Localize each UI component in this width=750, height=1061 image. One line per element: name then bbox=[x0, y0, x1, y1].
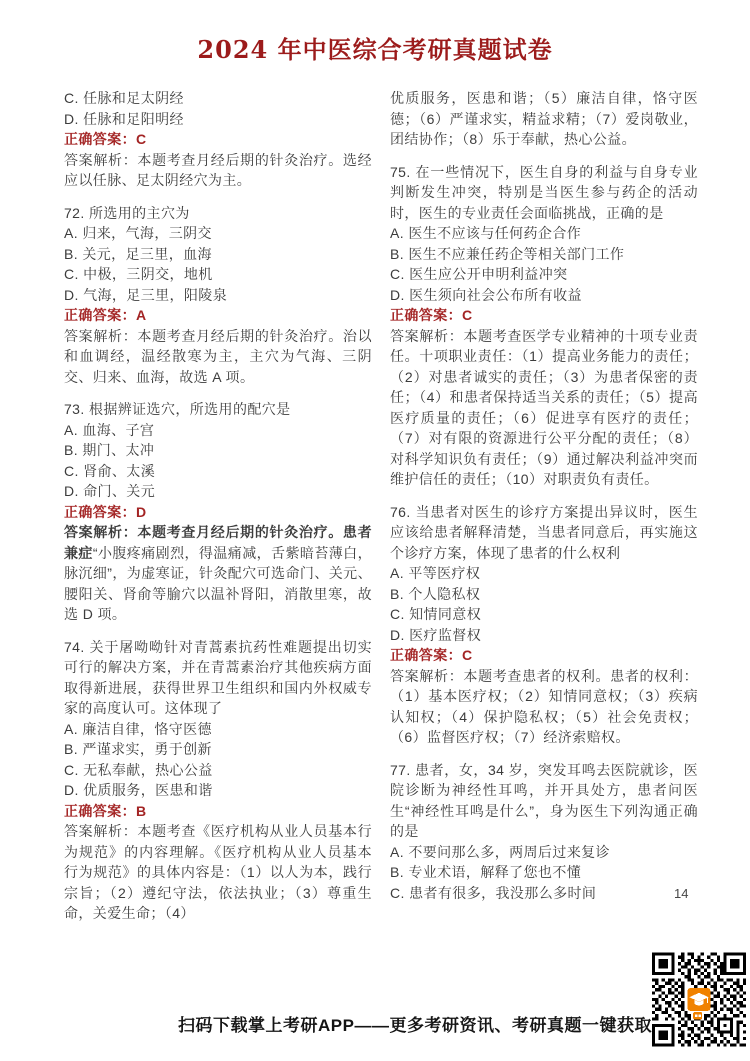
question-stem: 77. 患者，女，34 岁，突发耳鸣去医院就诊，医院诊断为神经性耳鸣，并开具处方… bbox=[390, 760, 698, 842]
question-stem: 72. 所选用的主穴为 bbox=[64, 203, 372, 224]
answer-analysis: 答案解析：本题考查患者的权利。患者的权利：（1）基本医疗权；（2）知情同意权；（… bbox=[390, 666, 698, 748]
option-line: A. 不要问那么多，两周后过来复诊 bbox=[390, 842, 698, 863]
option-line: A. 血海、子宫 bbox=[64, 420, 372, 441]
answer-analysis-continuation: 优质服务，医患和谐；（5）廉洁自律，恪守医德；（6）严谨求实，精益求精；（7）爱… bbox=[390, 88, 698, 150]
footer-slogan: 扫码下载掌上考研APP——更多考研资讯、考研真题一键获取 bbox=[178, 1011, 652, 1036]
option-line: C. 患者有很多，我没那么多时间 bbox=[390, 883, 698, 904]
question-73: 73. 根据辨证选穴，所选用的配穴是 A. 血海、子宫 B. 期门、太冲 C. … bbox=[64, 399, 372, 625]
question-72: 72. 所选用的主穴为 A. 归来，气海，三阴交 B. 关元，足三里，血海 C.… bbox=[64, 203, 372, 388]
correct-answer: 正确答案：C bbox=[64, 129, 372, 150]
option-line: A. 医生不应该与任何药企合作 bbox=[390, 223, 698, 244]
option-line: A. 平等医疗权 bbox=[390, 563, 698, 584]
option-line: B. 关元，足三里，血海 bbox=[64, 244, 372, 265]
option-line: C. 肾俞、太溪 bbox=[64, 461, 372, 482]
question-74-analysis-continued: 优质服务，医患和谐；（5）廉洁自律，恪守医德；（6）严谨求实，精益求精；（7）爱… bbox=[390, 88, 698, 150]
option-line: D. 医疗监督权 bbox=[390, 625, 698, 646]
qr-code-image bbox=[652, 951, 746, 1048]
page-number: 14 bbox=[674, 886, 688, 901]
answer-analysis: 答案解析：本题考查月经后期的针灸治疗。选经应以任脉、足太阴经穴为主。 bbox=[64, 150, 372, 191]
question-stem: 75. 在一些情况下，医生自身的利益与自身专业判断发生冲突，特别是当医生参与药企… bbox=[390, 162, 698, 224]
option-line: D. 医生须向社会公布所有收益 bbox=[390, 285, 698, 306]
document-body: C. 任脉和足太阴经 D. 任脉和足阳明经 正确答案：C 答案解析：本题考查月经… bbox=[64, 88, 698, 936]
qr-code bbox=[652, 951, 746, 1048]
option-line: B. 个人隐私权 bbox=[390, 584, 698, 605]
answer-analysis: 答案解析：本题考查医学专业精神的十项专业责任。十项职业责任：（1）提高业务能力的… bbox=[390, 326, 698, 490]
option-line: C. 医生应公开申明利益冲突 bbox=[390, 264, 698, 285]
option-line: B. 严谨求实，勇于创新 bbox=[64, 739, 372, 760]
option-line: A. 廉洁自律，恪守医德 bbox=[64, 719, 372, 740]
option-line: B. 医生不应兼任药企等相关部门工作 bbox=[390, 244, 698, 265]
correct-answer: 正确答案：C bbox=[390, 305, 698, 326]
option-line: D. 优质服务，医患和谐 bbox=[64, 780, 372, 801]
page-title: 2024 年中医综合考研真题试卷 bbox=[0, 0, 750, 65]
option-line: C. 知情同意权 bbox=[390, 604, 698, 625]
option-line: C. 中极，三阴交，地机 bbox=[64, 264, 372, 285]
correct-answer: 正确答案：D bbox=[64, 502, 372, 523]
question-76: 76. 当患者对医生的诊疗方案提出异议时，医生应该给患者解释清楚，当患者同意后，… bbox=[390, 502, 698, 748]
option-line: A. 归来，气海，三阴交 bbox=[64, 223, 372, 244]
option-line: D. 命门、关元 bbox=[64, 481, 372, 502]
correct-answer: 正确答案：B bbox=[64, 801, 372, 822]
left-column: C. 任脉和足太阴经 D. 任脉和足阳明经 正确答案：C 答案解析：本题考查月经… bbox=[64, 88, 372, 936]
correct-answer: 正确答案：A bbox=[64, 305, 372, 326]
option-line: B. 期门、太冲 bbox=[64, 440, 372, 461]
question-75: 75. 在一些情况下，医生自身的利益与自身专业判断发生冲突，特别是当医生参与药企… bbox=[390, 162, 698, 490]
correct-answer: 正确答案：C bbox=[390, 645, 698, 666]
question-stem: 74. 关于屠呦呦针对青蒿素抗药性难题提出切实可行的解决方案，并在青蒿素治疗其他… bbox=[64, 637, 372, 719]
answer-analysis: 答案解析：本题考查《医疗机构从业人员基本行为规范》的内容理解。《医疗机构从业人员… bbox=[64, 821, 372, 924]
option-line: C. 任脉和足太阴经 bbox=[64, 88, 372, 109]
question-77: 77. 患者，女，34 岁，突发耳鸣去医院就诊，医院诊断为神经性耳鸣，并开具处方… bbox=[390, 760, 698, 904]
question-stem: 76. 当患者对医生的诊疗方案提出异议时，医生应该给患者解释清楚，当患者同意后，… bbox=[390, 502, 698, 564]
option-line: B. 专业术语，解释了您也不懂 bbox=[390, 862, 698, 883]
answer-analysis: 答案解析：本题考查月经后期的针灸治疗。治以和血调经，温经散寒为主，主穴为气海、三… bbox=[64, 326, 372, 388]
analysis-rest: “小腹疼痛剧烈，得温痛减，舌紫暗苔薄白，脉沉细”，为虚寒证，针灸配穴可选命门、关… bbox=[64, 545, 372, 623]
option-line: C. 无私奉献，热心公益 bbox=[64, 760, 372, 781]
question-stem: 73. 根据辨证选穴，所选用的配穴是 bbox=[64, 399, 372, 420]
question-71-tail: C. 任脉和足太阴经 D. 任脉和足阳明经 正确答案：C 答案解析：本题考查月经… bbox=[64, 88, 372, 191]
option-line: D. 气海，足三里，阳陵泉 bbox=[64, 285, 372, 306]
answer-analysis: 答案解析：本题考查月经后期的针灸治疗。患者兼症“小腹疼痛剧烈，得温痛减，舌紫暗苔… bbox=[64, 522, 372, 625]
option-line: D. 任脉和足阳明经 bbox=[64, 109, 372, 130]
question-74: 74. 关于屠呦呦针对青蒿素抗药性难题提出切实可行的解决方案，并在青蒿素治疗其他… bbox=[64, 637, 372, 924]
right-column: 优质服务，医患和谐；（5）廉洁自律，恪守医德；（6）严谨求实，精益求精；（7）爱… bbox=[390, 88, 698, 936]
